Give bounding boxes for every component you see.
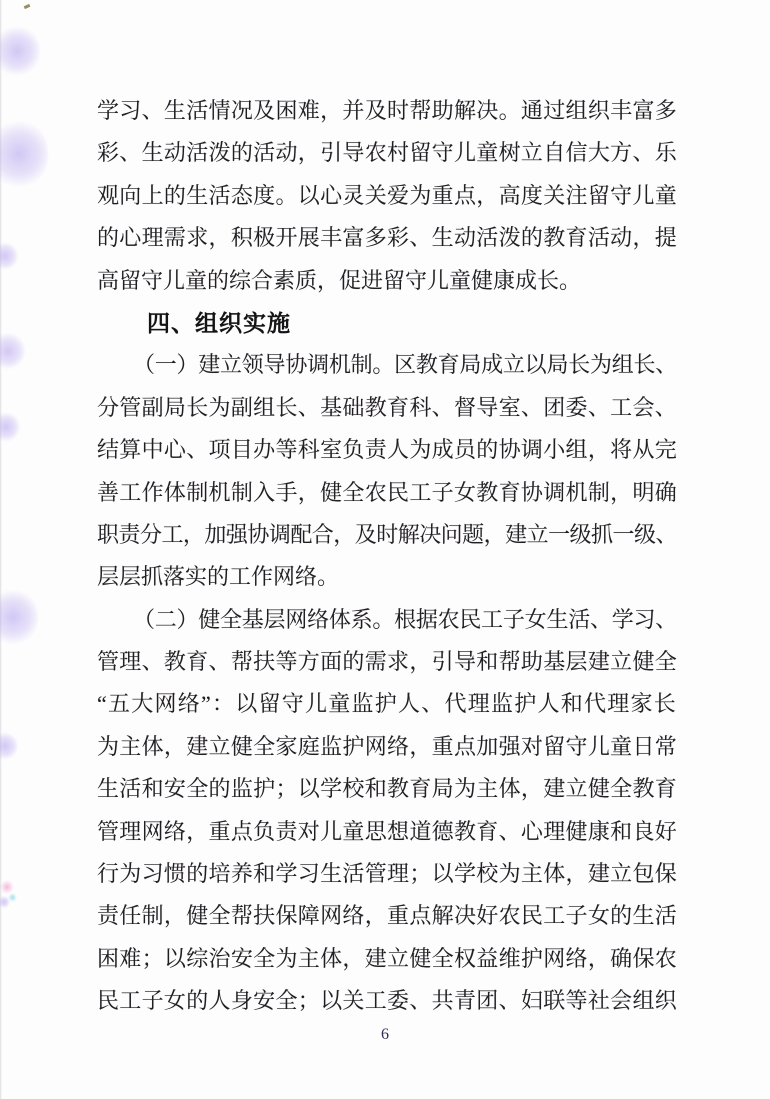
text-line: 彩、生动活泼的活动，引导农村留守儿童树立自信大方、乐: [97, 132, 677, 174]
scan-speck: [24, 4, 31, 9]
text-line: 高留守儿童的综合素质，促进留守儿童健康成长。: [97, 260, 677, 302]
scan-noise-blob: [0, 242, 18, 270]
text-line: 民工子女的人身安全；以关工委、共青团、妇联等社会组织: [97, 980, 677, 1022]
document-text: 学习、生活情况及困难，并及时帮助解决。通过组织丰富多彩、生动活泼的活动，引导农村…: [97, 90, 677, 1023]
scan-edge-line: [0, 0, 2, 1099]
scanned-document-page: 学习、生活情况及困难，并及时帮助解决。通过组织丰富多彩、生动活泼的活动，引导农村…: [0, 0, 770, 1099]
text-line: 结算中心、项目办等科室负责人为成员的协调小组，将从完: [97, 429, 677, 471]
scan-noise-blob: [0, 412, 20, 442]
text-line: 管理网络，重点负责对儿童思想道德教育、心理健康和良好: [97, 811, 677, 853]
text-line: （二）健全基层网络体系。根据农民工子女生活、学习、: [97, 599, 677, 641]
text-line: 观向上的生活态度。以心灵关爱为重点，高度关注留守儿童: [97, 175, 677, 217]
text-line: （一）建立领导协调机制。区教育局成立以局长为组长、: [97, 344, 677, 386]
text-line: 学习、生活情况及困难，并及时帮助解决。通过组织丰富多: [97, 90, 677, 132]
page-number: 6: [0, 1026, 770, 1044]
text-line: 分管副局长为副组长、基础教育科、督导室、团委、工会、: [97, 387, 677, 429]
scan-noise-blob: [0, 25, 40, 77]
text-line: 责任制，健全帮扶保障网络，重点解决好农民工子女的生活: [97, 895, 677, 937]
text-line: 生活和安全的监护；以学校和教育局为主体，建立健全教育: [97, 768, 677, 810]
scan-noise-blob: [0, 732, 18, 760]
text-line: 善工作体制机制入手，健全农民工子女教育协调机制，明确: [97, 472, 677, 514]
text-line: 层层抓落实的工作网络。: [97, 556, 677, 598]
scan-noise-dot: [8, 893, 17, 902]
text-line: 职责分工，加强协调配合，及时解决问题，建立一级抓一级、: [97, 514, 677, 556]
text-line: 管理、教育、帮扶等方面的需求，引导和帮助基层建立健全: [97, 641, 677, 683]
text-line: 为主体，建立健全家庭监护网络，重点加强对留守儿童日常: [97, 726, 677, 768]
text-line: 困难；以综治安全为主体，建立健全权益维护网络，确保农: [97, 938, 677, 980]
text-line: 行为习惯的培养和学习生活管理；以学校为主体，建立包保: [97, 853, 677, 895]
scan-noise-blob: [0, 118, 48, 190]
scan-noise-blob: [0, 588, 38, 646]
scan-noise-blob: [0, 332, 25, 370]
section-heading: 四、组织实施: [97, 302, 677, 344]
text-line: 的心理需求，积极开展丰富多彩、生动活泼的教育活动，提: [97, 217, 677, 259]
scan-noise-dot: [0, 880, 14, 894]
text-line: “五大网络”：以留守儿童监护人、代理监护人和代理家长: [97, 683, 677, 725]
